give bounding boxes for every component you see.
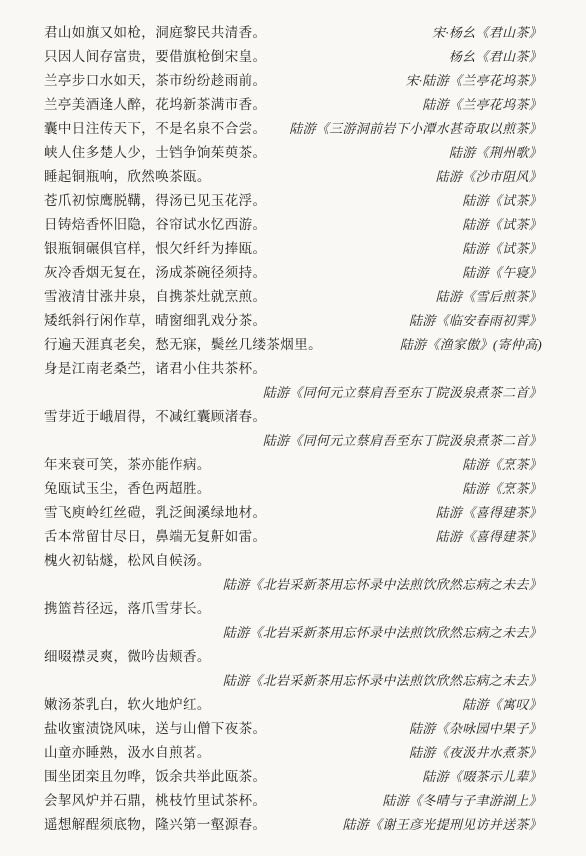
- verse-text: 细啜襟灵爽，微吟齿颊香。: [44, 645, 211, 669]
- verse-text: 矮纸斜行闲作草，晴窗细乳戏分茶。: [44, 309, 266, 333]
- poem-line: 兰亭步口水如天，茶市纷纷趁雨前。宋·陆游《兰亭花坞茶》: [44, 69, 542, 93]
- poem-line: 围坐团栾且勿哗，饭余共举此瓯茶。陆游《啜茶示儿辈》: [44, 765, 542, 789]
- poem-line: 雪飞庾岭红丝磑，乳泛闽溪绿地材。陆游《喜得建茶》: [44, 501, 542, 525]
- poem-line: 遥想解酲须底物，隆兴第一壑源春。陆游《谢王彦光提刑见访并送茶》: [44, 813, 542, 837]
- poem-line: 囊中日注传天下，不是名泉不合尝。陆游《三游洞前岩下小潭水甚奇取以煎茶》: [44, 117, 542, 141]
- verse-text: 槐火初钻燧，松风自候汤。: [44, 549, 211, 573]
- poem-line: 只因人间存富贵，要借旗枪倒宋皇。杨幺《君山茶》: [44, 45, 542, 69]
- poem-line: 雪芽近于峨眉得，不减红囊顾渚春。: [44, 405, 542, 429]
- attribution-text: 宋·杨幺《君山茶》: [432, 21, 542, 45]
- verse-text: 日铸焙香怀旧隐，谷帘试水忆西游。: [44, 213, 266, 237]
- attribution-text: 陆游《试茶》: [462, 237, 542, 261]
- attribution-text: 陆游《午寝》: [462, 261, 542, 285]
- verse-text: 雪液清甘涨井泉，自携茶灶就烹煎。: [44, 285, 266, 309]
- attribution-text: 陆游《寓叹》: [462, 693, 542, 717]
- verse-text: 灰冷香烟无复在，汤成茶碗径须持。: [44, 261, 266, 285]
- attribution-text: 宋·陆游《兰亭花坞茶》: [405, 69, 542, 93]
- poem-line: 矮纸斜行闲作草，晴窗细乳戏分茶。陆游《临安春雨初霁》: [44, 309, 542, 333]
- verse-text: 舌本常留甘尽日，鼻端无复鼾如雷。: [44, 525, 266, 549]
- attribution-text: 陆游《北岩采新茶用忘怀录中法煎饮欣然忘病之未去》: [223, 669, 542, 693]
- poem-line: 苍爪初惊鹰脱鞲，得汤已见玉花浮。陆游《试茶》: [44, 189, 542, 213]
- attribution-text: 陆游《临安春雨初霁》: [409, 309, 542, 333]
- attribution-text: 陆游《试茶》: [462, 189, 542, 213]
- poem-line: 灰冷香烟无复在，汤成茶碗径须持。陆游《午寝》: [44, 261, 542, 285]
- verse-text: 行遍天涯真老矣，愁无寐，鬓丝几缕茶烟里。: [44, 333, 322, 357]
- attribution-text: 陆游《沙市阻风》: [436, 165, 542, 189]
- verse-text: 囊中日注传天下，不是名泉不合尝。: [44, 117, 266, 141]
- attribution-text: 陆游《烹茶》: [462, 453, 542, 477]
- verse-text: 君山如旗又如枪，洞庭黎民共清香。: [44, 21, 266, 45]
- verse-text: 会挈风炉并石鼎，桃枝竹里试茶杯。: [44, 789, 266, 813]
- poem-line: 行遍天涯真老矣，愁无寐，鬓丝几缕茶烟里。陆游《渔家傲》(寄仲高): [44, 333, 542, 357]
- attribution-text: 陆游《啜茶示儿辈》: [422, 765, 542, 789]
- poem-line: 细啜襟灵爽，微吟齿颊香。: [44, 645, 542, 669]
- verse-text: 睡起铜瓶响，欣然唤茶瓯。: [44, 165, 211, 189]
- poem-line: 峡人住多楚人少，士铛争饷茱萸茶。陆游《荆州歌》: [44, 141, 542, 165]
- attribution-text: 陆游《雪后煎茶》: [436, 285, 542, 309]
- verse-text: 年来衰可笑，茶亦能作病。: [44, 453, 211, 477]
- attribution-line: 陆游《北岩采新茶用忘怀录中法煎饮欣然忘病之未去》: [44, 621, 542, 645]
- verse-text: 兰亭美酒逢人醉，花坞新茶满市香。: [44, 93, 266, 117]
- verse-text: 苍爪初惊鹰脱鞲，得汤已见玉花浮。: [44, 189, 266, 213]
- attribution-text: 陆游《烹茶》: [462, 477, 542, 501]
- poem-line: 兔瓯试玉尘，香色两超胜。陆游《烹茶》: [44, 477, 542, 501]
- verse-text: 兔瓯试玉尘，香色两超胜。: [44, 477, 211, 501]
- verse-text: 盐收蜜渍饶风味，送与山僧下夜茶。: [44, 717, 266, 741]
- attribution-line: 陆游《北岩采新茶用忘怀录中法煎饮欣然忘病之未去》: [44, 669, 542, 693]
- attribution-line: 陆游《同何元立蔡肩吾至东丁院汲泉煮茶二首》: [44, 429, 542, 453]
- attribution-line: 陆游《同何元立蔡肩吾至东丁院汲泉煮茶二首》: [44, 381, 542, 405]
- attribution-text: 陆游《同何元立蔡肩吾至东丁院汲泉煮茶二首》: [263, 429, 542, 453]
- attribution-text: 陆游《谢王彦光提刑见访并送茶》: [342, 813, 542, 837]
- verse-text: 山童亦睡熟，汲水自煎茗。: [44, 741, 211, 765]
- attribution-text: 陆游《北岩采新茶用忘怀录中法煎饮欣然忘病之未去》: [223, 573, 542, 597]
- poem-line: 槐火初钻燧，松风自候汤。: [44, 549, 542, 573]
- verse-text: 兰亭步口水如天，茶市纷纷趁雨前。: [44, 69, 266, 93]
- attribution-text: 陆游《三游洞前岩下小潭水甚奇取以煎茶》: [289, 117, 542, 141]
- verse-text: 雪芽近于峨眉得，不减红囊顾渚春。: [44, 405, 266, 429]
- poem-line: 嫩汤茶乳白，软火地炉红。陆游《寓叹》: [44, 693, 542, 717]
- attribution-line: 陆游《北岩采新茶用忘怀录中法煎饮欣然忘病之未去》: [44, 573, 542, 597]
- verse-text: 遥想解酲须底物，隆兴第一壑源春。: [44, 813, 266, 837]
- attribution-text: 陆游《北岩采新茶用忘怀录中法煎饮欣然忘病之未去》: [223, 621, 542, 645]
- attribution-text: 杨幺《君山茶》: [449, 45, 542, 69]
- verse-text: 身是江南老桑苎，诸君小住共茶杯。: [44, 357, 266, 381]
- poem-line: 雪液清甘涨井泉，自携茶灶就烹煎。陆游《雪后煎茶》: [44, 285, 542, 309]
- poem-line: 山童亦睡熟，汲水自煎茗。陆游《夜汲井水煮茶》: [44, 741, 542, 765]
- poem-line: 君山如旗又如枪，洞庭黎民共清香。宋·杨幺《君山茶》: [44, 21, 542, 45]
- poem-line: 银瓶铜碾俱官样，恨欠纤纤为捧瓯。陆游《试茶》: [44, 237, 542, 261]
- verse-text: 围坐团栾且勿哗，饭余共举此瓯茶。: [44, 765, 266, 789]
- verse-text: 携篮苔径远，落爪雪芽长。: [44, 597, 211, 621]
- verse-text: 银瓶铜碾俱官样，恨欠纤纤为捧瓯。: [44, 237, 266, 261]
- poem-line: 年来衰可笑，茶亦能作病。陆游《烹茶》: [44, 453, 542, 477]
- attribution-text: 陆游《兰亭花坞茶》: [422, 93, 542, 117]
- verse-text: 嫩汤茶乳白，软火地炉红。: [44, 693, 211, 717]
- poem-line: 会挈风炉并石鼎，桃枝竹里试茶杯。陆游《冬晴与子聿游湖上》: [44, 789, 542, 813]
- poem-line: 身是江南老桑苎，诸君小住共茶杯。: [44, 357, 542, 381]
- verse-text: 雪飞庾岭红丝磑，乳泛闽溪绿地材。: [44, 501, 266, 525]
- attribution-text: 陆游《杂咏园中果子》: [409, 717, 542, 741]
- verse-text: 峡人住多楚人少，士铛争饷茱萸茶。: [44, 141, 266, 165]
- poem-line: 兰亭美酒逢人醉，花坞新茶满市香。陆游《兰亭花坞茶》: [44, 93, 542, 117]
- attribution-text: 陆游《试茶》: [462, 213, 542, 237]
- poem-line: 盐收蜜渍饶风味，送与山僧下夜茶。陆游《杂咏园中果子》: [44, 717, 542, 741]
- attribution-text: 陆游《渔家傲》(寄仲高): [400, 333, 542, 357]
- attribution-text: 陆游《喜得建茶》: [436, 525, 542, 549]
- verse-text: 只因人间存富贵，要借旗枪倒宋皇。: [44, 45, 266, 69]
- poem-line: 日铸焙香怀旧隐，谷帘试水忆西游。陆游《试茶》: [44, 213, 542, 237]
- attribution-text: 陆游《荆州歌》: [449, 141, 542, 165]
- document-page: 君山如旗又如枪，洞庭黎民共清香。宋·杨幺《君山茶》只因人间存富贵，要借旗枪倒宋皇…: [0, 0, 586, 856]
- poem-line: 舌本常留甘尽日，鼻端无复鼾如雷。陆游《喜得建茶》: [44, 525, 542, 549]
- poem-line: 携篮苔径远，落爪雪芽长。: [44, 597, 542, 621]
- poem-line: 睡起铜瓶响，欣然唤茶瓯。陆游《沙市阻风》: [44, 165, 542, 189]
- attribution-text: 陆游《冬晴与子聿游湖上》: [382, 789, 542, 813]
- attribution-text: 陆游《夜汲井水煮茶》: [409, 741, 542, 765]
- attribution-text: 陆游《喜得建茶》: [436, 501, 542, 525]
- poem-list: 君山如旗又如枪，洞庭黎民共清香。宋·杨幺《君山茶》只因人间存富贵，要借旗枪倒宋皇…: [44, 21, 542, 837]
- attribution-text: 陆游《同何元立蔡肩吾至东丁院汲泉煮茶二首》: [263, 381, 542, 405]
